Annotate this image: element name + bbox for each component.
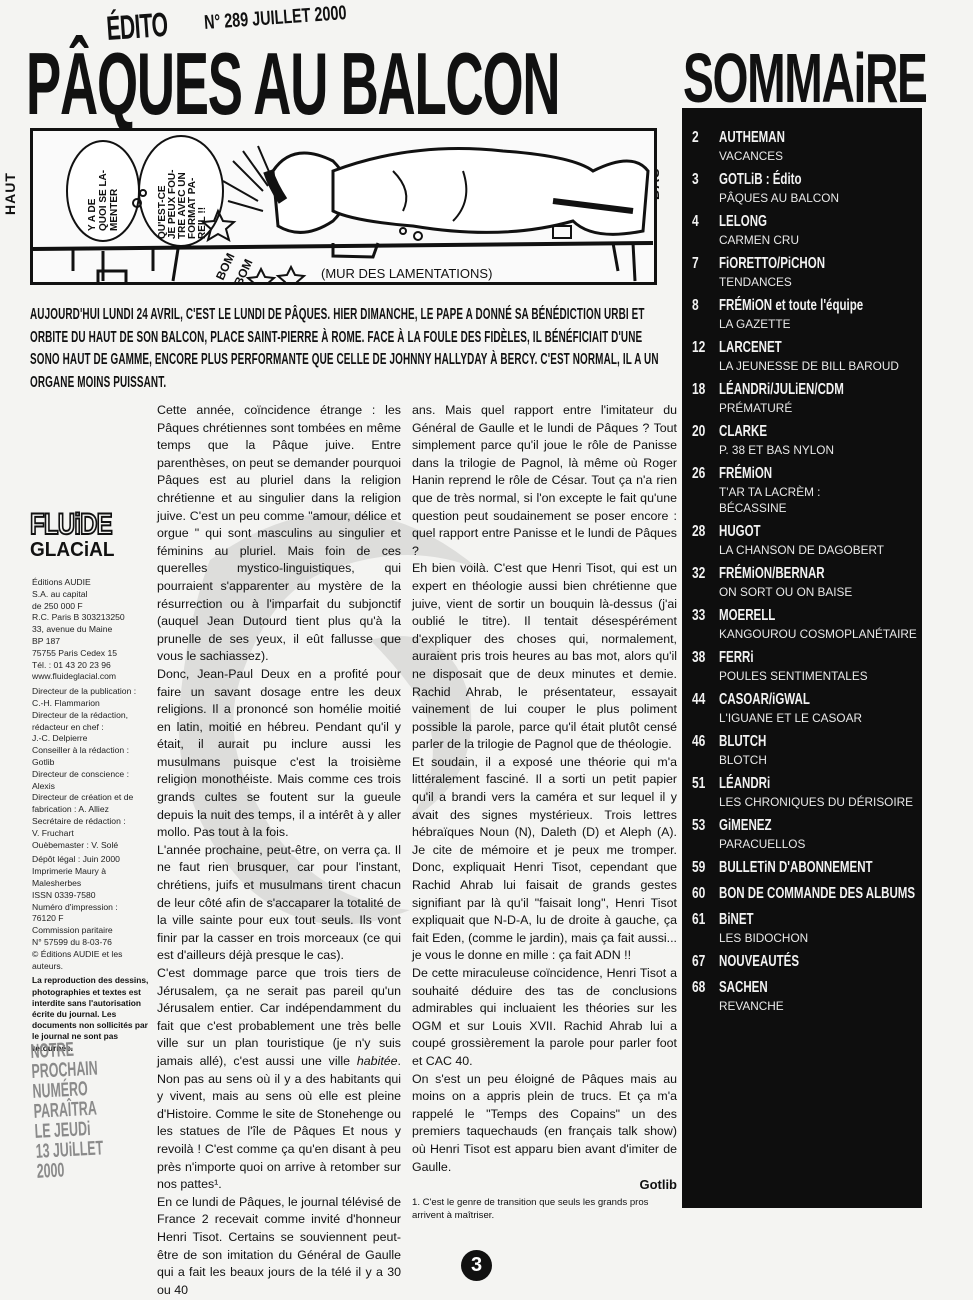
- toc-item[interactable]: 60BON DE COMMANDE DES ALBUMS: [692, 884, 932, 904]
- toc-item[interactable]: 3GOTLiB : ÉditoPÂQUES AU BALCON: [692, 170, 932, 206]
- article-paragraph: Et soudain, il a exposé une théorie qui …: [412, 754, 677, 965]
- toc-item[interactable]: 32FRÉMiON/BERNARON SORT OU ON BAISE: [692, 564, 932, 600]
- article-paragraph: Donc, Jean-Paul Deux en a profité pour f…: [157, 666, 401, 842]
- colophon: Éditions AUDIE S.A. au capital de 250 00…: [32, 577, 157, 1054]
- page-number: 3: [461, 1250, 492, 1281]
- toc-item[interactable]: 67NOUVEAUTÉS: [692, 952, 932, 972]
- toc-item[interactable]: 51LÉANDRiLES CHRONIQUES DU DÉRISOIRE: [692, 774, 932, 810]
- comic-caption: (MUR DES LAMENTATIONS): [321, 266, 492, 281]
- table-of-contents: 2AUTHEMANVACANCES 3GOTLiB : ÉditoPÂQUES …: [692, 128, 932, 1020]
- toc-item[interactable]: 44CASOAR/iGWALL'IGUANE ET LE CASOAR: [692, 690, 932, 726]
- article-paragraph: C'est dommage parce que trois tiers de J…: [157, 965, 401, 1194]
- page-title: PÂQUES AU BALCON: [26, 40, 559, 128]
- article-paragraph: En ce lundi de Pâques, le journal télévi…: [157, 1194, 401, 1300]
- toc-item[interactable]: 61BiNETLES BIDOCHON: [692, 910, 932, 946]
- toc-item[interactable]: 20CLARKEP. 38 ET BAS NYLON: [692, 422, 932, 458]
- article-paragraph: De cette miraculeuse coïncidence, Henri …: [412, 965, 677, 1071]
- toc-item[interactable]: 26FRÉMiONT'AR TA LACRÈM :BÉCASSINE: [692, 464, 932, 516]
- toc-item[interactable]: 12LARCENETLA JEUNESSE DE BILL BAROUD: [692, 338, 932, 374]
- toc-item[interactable]: 2AUTHEMANVACANCES: [692, 128, 932, 164]
- toc-item[interactable]: 53GiMENEZPARACUELLOS: [692, 816, 932, 852]
- toc-item[interactable]: 7FiORETTO/PiCHONTENDANCES: [692, 254, 932, 290]
- sommaire-title: SOMMAiRE: [683, 48, 927, 108]
- next-issue-notice: NOTRE PROCHAIN NUMÉRO PARAÎTRA LE JEUDi …: [30, 1035, 162, 1181]
- intro-paragraph: Aujourd'hui lundi 24 avril, c'est le lun…: [30, 304, 670, 394]
- toc-item[interactable]: 59BULLETiN D'ABONNEMENT: [692, 858, 932, 878]
- article-paragraph: ans. Mais quel rapport entre l'imitateur…: [412, 402, 677, 560]
- article-paragraph: L'année prochaine, peut-être, on verra ç…: [157, 842, 401, 965]
- toc-item[interactable]: 18LÉANDRi/JULiEN/CDMPRÉMATURÉ: [692, 380, 932, 416]
- toc-item[interactable]: 46BLUTCHBLOTCH: [692, 732, 932, 768]
- toc-item[interactable]: 28HUGOTLA CHANSON DE DAGOBERT: [692, 522, 932, 558]
- publisher-info: Éditions AUDIE S.A. au capital de 250 00…: [32, 577, 157, 683]
- toc-item[interactable]: 4LELONGCARMEN CRU: [692, 212, 932, 248]
- article-paragraph: Eh bien voilà. C'est que Henri Tisot, qu…: [412, 560, 677, 754]
- article-paragraph: Cette année, coïncidence étrange : les P…: [157, 402, 401, 666]
- comic-strip: Y A DE QUOI SE LA- MENTER QU'EST-CE JE P…: [30, 128, 657, 285]
- toc-item[interactable]: 68SACHENREVANCHE: [692, 978, 932, 1014]
- comic-label-haut: HAUT: [2, 172, 18, 215]
- article-column-2: ans. Mais quel rapport entre l'imitateur…: [412, 402, 677, 1222]
- comic-drawing-icon: Y A DE QUOI SE LA- MENTER QU'EST-CE JE P…: [33, 131, 657, 285]
- article-paragraph: On s'est un peu éloigné de Pâques mais a…: [412, 1071, 677, 1177]
- staff-info: Directeur de la publication : C.-H. Flam…: [32, 686, 157, 851]
- issue-number: N° 289 JUILLET 2000: [203, 2, 347, 35]
- website-link[interactable]: www.fluideglacial.com: [32, 671, 157, 683]
- toc-item[interactable]: 33MOERELLKANGOUROU COSMOPLANÉTAIRE: [692, 606, 932, 642]
- toc-item[interactable]: 8FRÉMiON et toute l'équipeLA GAZETTE: [692, 296, 932, 332]
- author-signature: Gotlib: [412, 1176, 677, 1194]
- footnote: 1. C'est le genre de transition que seul…: [412, 1196, 677, 1222]
- fluide-glacial-logo: FLUiDE GLACiAL: [30, 510, 126, 560]
- toc-item[interactable]: 38FERRiPOULES SENTIMENTALES: [692, 648, 932, 684]
- legal-info: Dépôt légal : Juin 2000 Imprimerie Maury…: [32, 854, 157, 972]
- article-column-1: Cette année, coïncidence étrange : les P…: [157, 402, 401, 1299]
